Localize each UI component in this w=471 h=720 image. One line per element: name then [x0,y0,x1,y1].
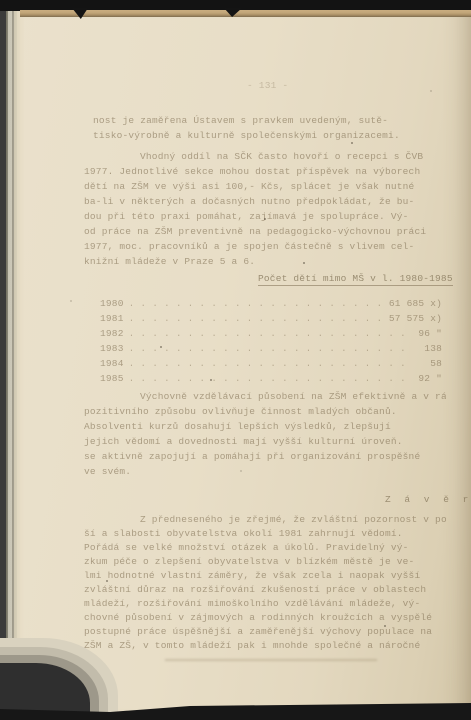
paper-speck [70,300,72,302]
text-line: od práce na ZŠM preventivně na pedagogic… [84,224,446,239]
text-line: ba-li v některých a dočasných nutno před… [84,194,446,209]
table-row: 1983. . . . . . . . . . . . . . . . . . … [100,341,442,356]
text-line: pozitivního způsobu ovlivňuje činnost ml… [84,404,446,419]
text-line: 1977. Jednotlivé sekce mohou dostat přís… [84,164,446,179]
text-line: Výchovně vzdělávací působení na ZŠM efek… [84,389,446,404]
text-line: postupné práce úspěšnější a zaměřenější … [84,625,446,639]
page-number: - 131 - [247,80,288,91]
table-cell: 96 " [418,326,442,341]
paper-speck [430,90,432,92]
paper-speck [351,142,353,144]
table-cell: 61 685 x) [389,296,442,311]
paper-speck [106,580,108,582]
text-line: 1977, moc. pracovníků a je spojen částeč… [84,239,446,254]
text-line: Pořádá se velké množství otázek a úkolů.… [84,541,446,555]
text-line: jejich vědomí a dovednosti mají vyšší ku… [84,434,446,449]
paper-speck [160,346,162,348]
text-line: chovné působení v zájmových a rodinných … [84,611,446,625]
table-cell: 1980 [100,296,124,311]
paragraph-1: nost je zaměřena Ústavem s pravkem uvede… [93,113,445,143]
scanned-book-photo: { "page_number": "- 131 -", "para1": { "… [0,0,471,720]
table-row: 1985. . . . . . . . . . . . . . . . . . … [100,371,442,386]
paragraph-3: Výchovně vzdělávací působení na ZŠM efek… [84,389,446,479]
table-cell: 1984 [100,356,124,371]
book-spine-edge [0,0,24,720]
paper-speck [264,218,266,220]
table-row: 1984. . . . . . . . . . . . . . . . . . … [100,356,442,371]
text-line: nost je zaměřena Ústavem s pravkem uvede… [93,113,445,128]
table-heading: Počet dětí mimo MŠ v l. 1980-1985 [258,273,453,286]
table-cell: . . . . . . . . . . . . . . . . . . . . … [129,356,426,371]
text-line: ší a slabosti obyvatelstva okolí 1981 za… [84,527,446,541]
text-line: dou při této praxi pomáhat, zajímavá je … [84,209,446,224]
text-line: mládeží, rozšiřování mimoškolního vzdělá… [84,597,446,611]
table-cell: 57 575 x) [389,311,442,326]
table-cell: 92 " [418,371,442,386]
text-line: zvláštní důraz na rozšiřování zkušeností… [84,583,446,597]
table-row: 1980. . . . . . . . . . . . . . . . . . … [100,296,442,311]
text-line: ve svém. [84,464,446,479]
text-line: Vhodný oddíl na SČK často hovoří o recep… [84,149,446,164]
page-corner-stack [0,635,122,720]
paper-speck [210,379,212,381]
text-line: Absolventi kurzů dosahují lepších výsled… [84,419,446,434]
text-line: Z předneseného je zřejmé, že zvláštní po… [84,513,446,527]
table-cell: 138 [424,341,442,356]
text-line: knižní mládeže v Praze 5 a 6. [84,254,446,269]
text-line: se aktivně zapojují a pomáhají při organ… [84,449,446,464]
table-cell: 1985 [100,371,124,386]
text-line: lmi hodnotné vlastní záměry, že však zce… [84,569,446,583]
table-cell: . . . . . . . . . . . . . . . . . . . . … [129,311,384,326]
table-cell: . . . . . . . . . . . . . . . . . . . . … [129,296,384,311]
paper-speck [303,262,305,264]
table-cell: . . . . . . . . . . . . . . . . . . . . … [129,371,414,386]
table-cell: 58 [430,356,442,371]
page-stack-top-edge [20,10,471,17]
table-cell: . . . . . . . . . . . . . . . . . . . . … [129,326,414,341]
table-cell: 1983 [100,341,124,356]
statistics-table: 1980. . . . . . . . . . . . . . . . . . … [100,296,442,386]
paper-speck [384,625,386,627]
table-row: 1982. . . . . . . . . . . . . . . . . . … [100,326,442,341]
paragraph-2: Vhodný oddíl na SČK často hovoří o recep… [84,149,446,269]
text-line: ZŠM a ZŠ, v tomto mládeží pak i mnohde s… [84,639,446,653]
text-line: dětí na ZŠM ve výši asi 100,- Kčs, splác… [84,179,446,194]
text-line: zkum péče o zlepšení obyvatelstva v blíz… [84,555,446,569]
table-cell: 1981 [100,311,124,326]
table-row: 1981. . . . . . . . . . . . . . . . . . … [100,311,442,326]
bottom-smudge [165,659,377,661]
table-cell: . . . . . . . . . . . . . . . . . . . . … [129,341,420,356]
paper-speck [240,470,242,472]
paragraph-4: Z předneseného je zřejmé, že zvláštní po… [84,513,446,653]
text-line: tisko-výrobně a kulturně společenskými o… [93,128,445,143]
zaver-heading: Z á v ě r [385,494,471,505]
table-cell: 1982 [100,326,124,341]
